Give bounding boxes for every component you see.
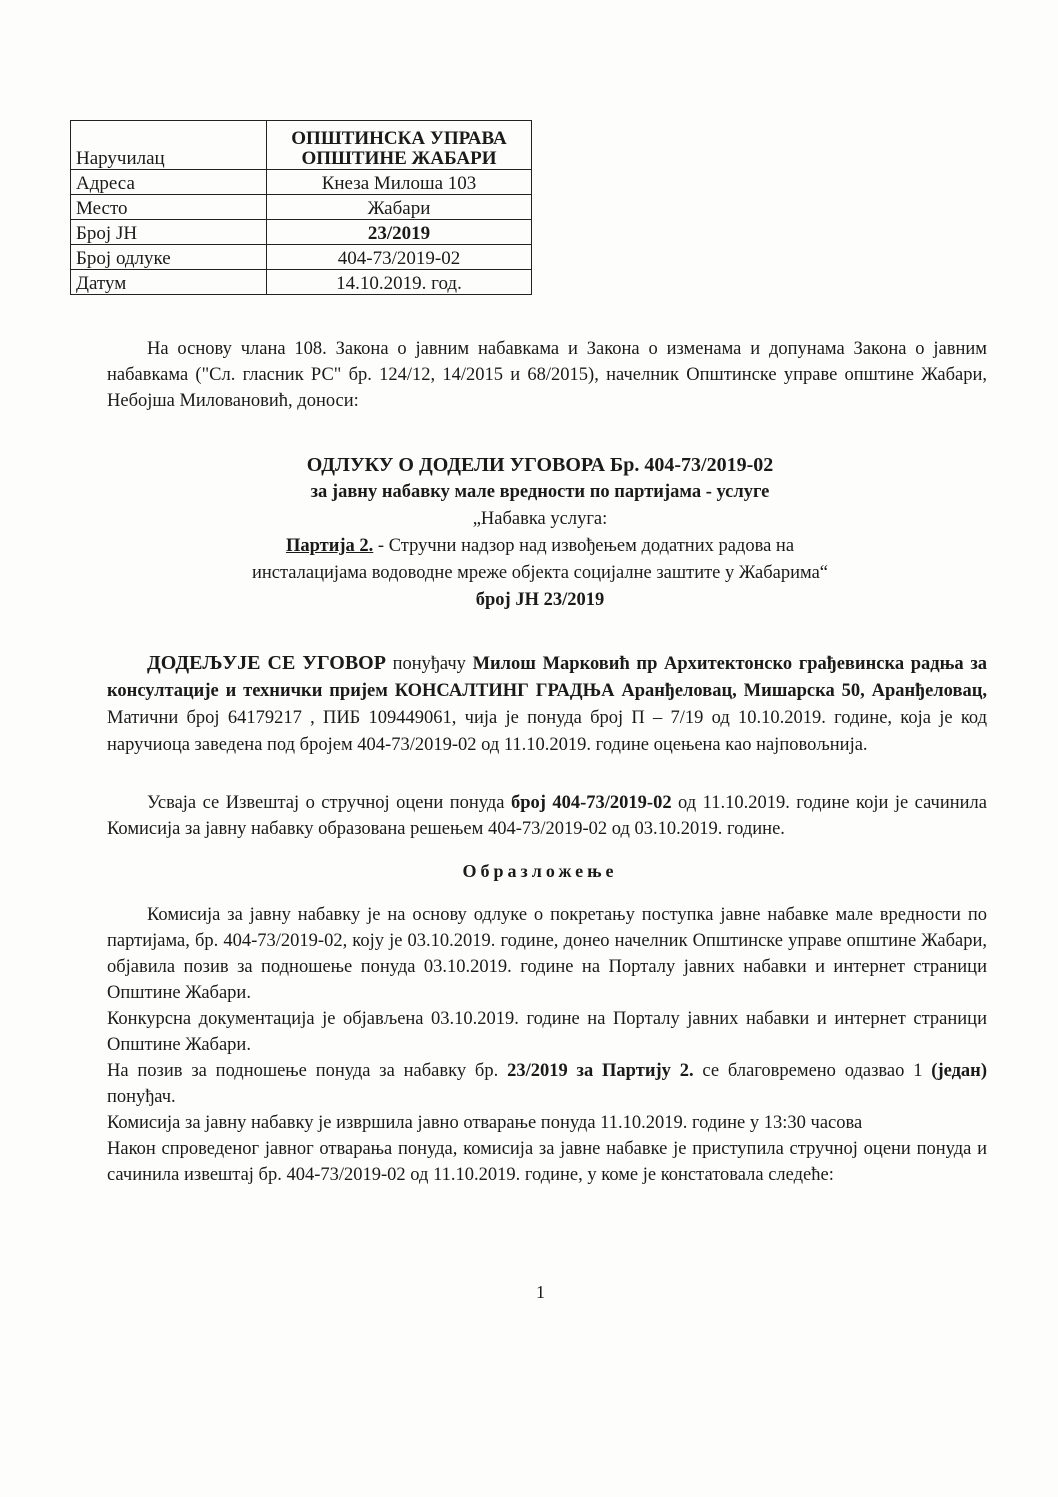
- label-cell: Наручилац: [71, 121, 267, 170]
- page-number: 1: [536, 1282, 545, 1303]
- reasoning-paragraph-4: Комисија за јавну набавку је извршила ја…: [107, 1110, 987, 1136]
- value-cell: ОПШТИНСКА УПРАВА ОПШТИНЕ ЖАБАРИ: [267, 121, 532, 170]
- decision-heading: ОДЛУКУ О ДОДЕЛИ УГОВОРА Бр. 404-73/2019-…: [120, 452, 960, 614]
- p3-text-c: се благовремено одазвао 1: [694, 1061, 932, 1081]
- p3-bold-1: 23/2019 за Партију 2.: [507, 1061, 694, 1081]
- header-info-table: Наручилац ОПШТИНСКА УПРАВА ОПШТИНЕ ЖАБАР…: [70, 120, 532, 295]
- value-cell: 404-73/2019-02: [267, 245, 532, 270]
- adopt-bold: број 404-73/2019-02: [511, 793, 672, 813]
- value-cell: Кнеза Милоша 103: [267, 170, 532, 195]
- table-row: Наручилац ОПШТИНСКА УПРАВА ОПШТИНЕ ЖАБАР…: [71, 121, 532, 170]
- award-text-2: Матични број 64179217 , ПИБ 109449061, ч…: [107, 708, 987, 755]
- decision-number: број ЈН 23/2019: [120, 587, 960, 614]
- value-cell: 14.10.2019. год.: [267, 270, 532, 295]
- decision-line3: „Набавка услуга:: [120, 506, 960, 533]
- decision-partija: Партија 2. - Стручни надзор над извођење…: [120, 533, 960, 560]
- reasoning-title: Образложење: [462, 861, 617, 881]
- label-cell: Број ЈН: [71, 220, 267, 245]
- reasoning-heading: Образложење: [120, 858, 960, 886]
- award-text-1: понуђачу: [386, 654, 473, 674]
- document-page: Наручилац ОПШТИНСКА УПРАВА ОПШТИНЕ ЖАБАР…: [0, 0, 1058, 1497]
- client-name-line2: ОПШТИНЕ ЖАБАРИ: [272, 149, 526, 169]
- table-row: Место Жабари: [71, 195, 532, 220]
- reasoning-paragraph-2: Конкурсна документација је објављена 03.…: [107, 1006, 987, 1058]
- client-name-line1: ОПШТИНСКА УПРАВА: [272, 129, 526, 149]
- p3-text-a: На позив за подношење понуда за набавку …: [107, 1061, 507, 1081]
- decision-line5: инсталацијама водоводне мреже објекта со…: [120, 560, 960, 587]
- reasoning-paragraph-3: На позив за подношење понуда за набавку …: [107, 1058, 987, 1110]
- value-cell: Жабари: [267, 195, 532, 220]
- label-cell: Датум: [71, 270, 267, 295]
- award-paragraph: ДОДЕЉУЈЕ СЕ УГОВОР понуђачу Милош Марков…: [107, 650, 987, 759]
- decision-title: ОДЛУКУ О ДОДЕЛИ УГОВОРА Бр. 404-73/2019-…: [120, 452, 960, 479]
- partija-text: - Стручни надзор над извођењем додатних …: [373, 536, 794, 556]
- table-row: Број ЈН 23/2019: [71, 220, 532, 245]
- partija-label: Партија 2.: [286, 536, 373, 556]
- table-row: Адреса Кнеза Милоша 103: [71, 170, 532, 195]
- decision-subtitle: за јавну набавку мале вредности по парти…: [120, 479, 960, 506]
- label-cell: Место: [71, 195, 267, 220]
- label-cell: Адреса: [71, 170, 267, 195]
- p3-bold-2: (један): [931, 1061, 987, 1081]
- value-cell: 23/2019: [267, 220, 532, 245]
- adopt-text-1: Усваја се Извештај о стручној оцени пону…: [147, 793, 511, 813]
- table-row: Број одлуке 404-73/2019-02: [71, 245, 532, 270]
- label-cell: Број одлуке: [71, 245, 267, 270]
- table-row: Датум 14.10.2019. год.: [71, 270, 532, 295]
- reasoning-paragraph-1: Комисија за јавну набавку је на основу о…: [107, 902, 987, 1006]
- adopt-paragraph: Усваја се Извештај о стручној оцени пону…: [107, 790, 987, 842]
- award-lead: ДОДЕЉУЈЕ СЕ УГОВОР: [147, 652, 386, 674]
- reasoning-paragraph-5: Након спроведеног јавног отварања понуда…: [107, 1136, 987, 1188]
- intro-paragraph: На основу члана 108. Закона о јавним наб…: [107, 336, 987, 414]
- p3-text-d: понуђач.: [107, 1087, 176, 1107]
